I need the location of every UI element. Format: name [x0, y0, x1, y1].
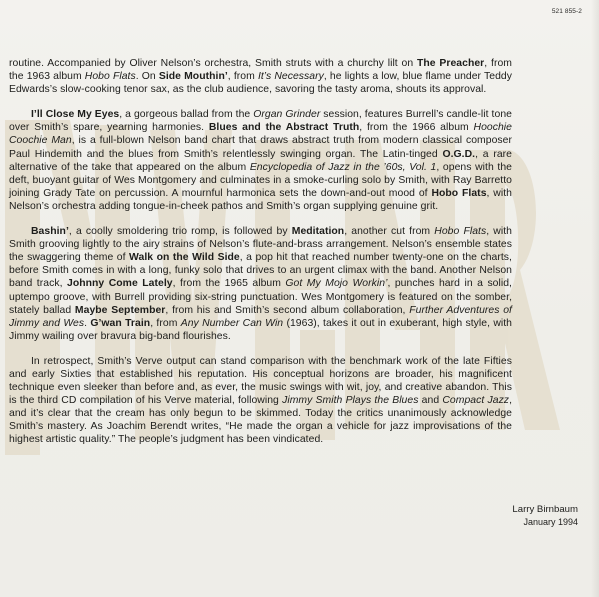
- paragraph: In retrospect, Smith’s Verve output can …: [9, 355, 512, 447]
- song-title: Maybe September: [75, 305, 165, 316]
- page-edge-shadow: [591, 0, 599, 597]
- paragraph: routine. Accompanied by Oliver Nelson’s …: [9, 57, 512, 96]
- liner-notes-body: routine. Accompanied by Oliver Nelson’s …: [9, 57, 512, 459]
- signature-date: January 1994: [512, 516, 578, 529]
- text-run: , is a full-blown Nelson band chart that…: [9, 135, 512, 159]
- album-title: Got My Mojo Workin’: [285, 278, 387, 289]
- album-title: Compact Jazz: [442, 395, 509, 406]
- song-title: Meditation: [292, 226, 344, 237]
- song-title: Hobo Flats: [431, 188, 486, 199]
- album-title: Encyclopedia of Jazz in the ’60s, Vol. 1: [250, 162, 437, 173]
- text-run: , another cut from: [344, 226, 434, 237]
- song-title: Blues and the Abstract Truth: [209, 122, 359, 133]
- song-title: I’ll Close My Eyes: [31, 109, 119, 120]
- album-title: Hobo Flats: [85, 71, 136, 82]
- album-title: Jimmy Smith Plays the Blues: [282, 395, 418, 406]
- song-title: Bashin’: [31, 226, 69, 237]
- signature-block: Larry Birnbaum January 1994: [512, 503, 578, 529]
- paragraph: Bashin’, a coolly smoldering trio romp, …: [9, 225, 512, 343]
- text-run: , from: [150, 318, 181, 329]
- text-run: , a gorgeous ballad from the: [119, 109, 253, 120]
- text-run: , from his and Smith’s second album coll…: [165, 305, 409, 316]
- album-title: It’s Necessary: [258, 71, 324, 82]
- text-run: , from the 1966 album: [359, 122, 473, 133]
- text-run: . On: [136, 71, 159, 82]
- song-title: G’wan Train: [90, 318, 150, 329]
- text-run: , from: [228, 71, 258, 82]
- song-title: Side Mouthin’: [159, 71, 228, 82]
- song-title: Walk on the Wild Side: [129, 252, 240, 263]
- liner-notes-page: 521 855-2 routine. Accompanied by Oliver…: [0, 0, 599, 597]
- album-title: Organ Grinder: [253, 109, 320, 120]
- song-title: O.G.D.: [442, 149, 475, 160]
- text-run: , a coolly smoldering trio romp, is foll…: [69, 226, 292, 237]
- album-title: Any Number Can Win: [181, 318, 283, 329]
- album-title: Hobo Flats: [434, 226, 486, 237]
- song-title: Johnny Come Lately: [67, 278, 173, 289]
- song-title: The Preacher: [417, 58, 484, 69]
- paragraph: I’ll Close My Eyes, a gorgeous ballad fr…: [9, 108, 512, 213]
- text-run: routine. Accompanied by Oliver Nelson’s …: [9, 58, 417, 69]
- author-name: Larry Birnbaum: [512, 503, 578, 516]
- catalog-number: 521 855-2: [552, 8, 582, 15]
- text-run: and: [418, 395, 442, 406]
- text-run: , from the 1965 album: [173, 278, 286, 289]
